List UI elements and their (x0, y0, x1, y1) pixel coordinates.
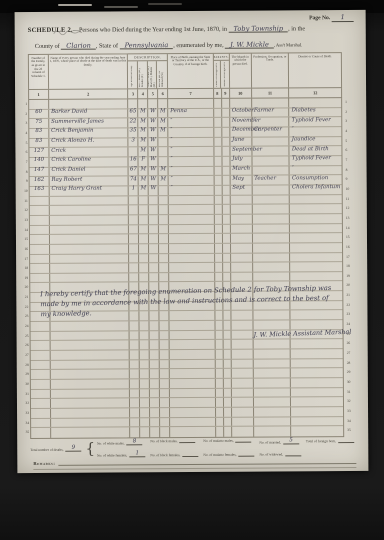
cell-birthplace: ″ (169, 157, 215, 166)
stat-value: 1 (129, 451, 145, 457)
line-number: 25 (347, 330, 355, 340)
cell-month (232, 379, 254, 388)
foreign-born-stat: Total of foreign born, (306, 438, 354, 456)
cell-occupation (253, 234, 291, 243)
line-number: 26 (347, 339, 355, 349)
cell-sex (140, 350, 150, 359)
remarks-label: Remarks: (33, 461, 55, 466)
cell-sex (140, 283, 150, 292)
cell-age (129, 225, 139, 234)
cell-sex (139, 225, 149, 234)
header-group-parents: PARENTS. Father of foreign birth. Mother… (214, 54, 230, 88)
cell-name (51, 370, 131, 379)
header-age: Age at last birth-day. (128, 61, 138, 88)
cell-sex (140, 341, 150, 350)
cell-color (150, 389, 160, 398)
cell-father (214, 128, 222, 137)
black-stats: No. of black males, No. of black females… (150, 438, 198, 456)
stat-value: 8 (126, 439, 142, 445)
table-body: 60Barker David65MWMPennaOctoberFarmerDia… (28, 98, 344, 439)
cell-family (30, 254, 50, 263)
cell-father (214, 118, 222, 127)
cell-age (130, 302, 140, 311)
schedule-title: SCHEDULE 2.—Persons who Died during the … (28, 25, 356, 34)
cell-family (30, 322, 50, 331)
cell-age (129, 215, 139, 224)
line-number: 24 (346, 320, 354, 330)
line-number: 3 (345, 117, 353, 127)
line-number: 31 (21, 390, 29, 400)
cell-color (150, 399, 160, 408)
cell-occupation (253, 330, 291, 339)
stat-label: No. of mulatto males, (203, 438, 233, 442)
line-number: 10 (346, 185, 354, 195)
cell-cause (291, 378, 343, 387)
cell-sex (139, 263, 149, 272)
cell-month: March (230, 157, 252, 166)
line-number: 5 (19, 139, 27, 149)
cell-married (160, 302, 170, 311)
cell-family: 75 (29, 110, 49, 119)
stat-value (238, 455, 254, 456)
cell-name (50, 321, 130, 330)
cell-color (150, 370, 160, 379)
cell-color (149, 205, 159, 214)
cell-father (215, 321, 223, 330)
cell-mother (223, 234, 231, 243)
cell-month: December (230, 118, 252, 127)
description-subcolumns: Age at last birth-day. Sex.—Males (M.), … (128, 61, 167, 88)
cell-father (215, 350, 223, 359)
cell-mother (224, 369, 232, 378)
summary-footer: Total number of deaths, 9 { No. of white… (30, 436, 358, 459)
column-number: 9 (222, 89, 230, 98)
cell-cause: ″ (290, 117, 342, 126)
cell-occupation (253, 388, 291, 397)
cell-month (231, 253, 253, 262)
cell-cause (291, 282, 343, 291)
cell-father (214, 108, 222, 117)
header-text: Name of every person who died during the… (49, 54, 127, 69)
cell-name (50, 264, 130, 273)
cell-age (130, 399, 140, 408)
cell-name (50, 235, 130, 244)
cell-month (232, 408, 254, 417)
cell-family: 60 (29, 100, 49, 109)
cell-sex (140, 379, 150, 388)
cell-name (50, 186, 130, 195)
cell-father (216, 379, 224, 388)
column-number: 3 (128, 89, 138, 98)
cell-color (149, 225, 159, 234)
cell-mother (223, 215, 231, 224)
line-number: 4 (345, 127, 353, 137)
cell-father (215, 331, 223, 340)
cell-family (31, 351, 51, 360)
county-state-line: County of Clarion, State of Pennsylvania… (35, 41, 356, 50)
line-number: 32 (347, 397, 355, 407)
line-number: 1 (345, 98, 353, 108)
cell-color (149, 244, 159, 253)
cell-age: 74 (129, 167, 139, 176)
cell-color (149, 283, 159, 292)
cell-age (130, 273, 140, 282)
cell-married (160, 418, 170, 427)
line-number: 9 (346, 175, 354, 185)
cell-birthplace (170, 398, 216, 407)
cell-color (150, 312, 160, 321)
stat-value (236, 441, 252, 442)
cell-name (50, 196, 130, 205)
cell-cause (291, 311, 343, 320)
cell-father (214, 176, 222, 185)
cell-married (159, 292, 169, 301)
cell-cause (290, 185, 342, 194)
cell-family (30, 274, 50, 283)
cell-cause (290, 233, 342, 242)
line-number: 8 (20, 168, 28, 178)
cell-month (231, 369, 253, 378)
cell-month (230, 205, 252, 214)
total-deaths-stat: Total number of deaths, 9 (30, 439, 81, 457)
cell-sex (140, 370, 150, 379)
cell-father (215, 244, 223, 253)
cell-family (31, 341, 51, 350)
cell-mother (222, 166, 230, 175)
cell-mother (222, 118, 230, 127)
cell-sex: F (139, 148, 149, 157)
cell-family: 140 (29, 148, 49, 157)
cell-family: 127 (29, 138, 49, 147)
line-number: 4 (19, 129, 27, 139)
cell-birthplace (170, 331, 216, 340)
cell-color (150, 418, 160, 427)
cell-mother (224, 417, 232, 426)
cell-color (150, 428, 160, 438)
header-father-foreign: Father of foreign birth. (214, 61, 222, 88)
cell-cause (290, 195, 342, 204)
cell-name: Crick Daniel (49, 157, 129, 166)
line-number: 11 (20, 197, 28, 207)
cell-married (159, 234, 169, 243)
header-sex: Sex.—Males (M.), Females (F.) (138, 61, 148, 88)
cell-age (129, 235, 139, 244)
cell-family (30, 206, 50, 215)
brace-glyph: { (85, 439, 95, 457)
cell-birthplace: ″ (169, 166, 215, 175)
cell-month (232, 388, 254, 397)
cell-occupation (253, 311, 291, 320)
line-number: 7 (345, 156, 353, 166)
cell-married (159, 225, 169, 234)
cell-father (215, 263, 223, 272)
line-number: 20 (20, 283, 28, 293)
cell-occupation (253, 369, 291, 378)
county-handwritten: Clarion (61, 43, 96, 50)
cell-sex: M (139, 157, 149, 166)
county-label: County of (35, 43, 60, 50)
cell-married (159, 196, 169, 205)
cell-mother (223, 244, 231, 253)
header-text: The Month in which the person died. (230, 54, 251, 68)
cell-married (159, 283, 169, 292)
cell-occupation (254, 407, 292, 416)
cell-occupation (252, 205, 290, 214)
cell-name: Craig Harry Grant (49, 177, 129, 186)
cell-color (149, 234, 159, 243)
cell-family: 83 (29, 129, 49, 138)
cell-sex (140, 408, 150, 417)
cell-color (150, 321, 160, 330)
cell-married (160, 331, 170, 340)
cell-married (159, 263, 169, 272)
cell-name (50, 341, 130, 350)
cell-occupation (252, 224, 290, 233)
line-number: 18 (20, 264, 28, 274)
cell-name (51, 399, 131, 408)
cell-month (231, 292, 253, 301)
cell-mother (222, 186, 230, 195)
cell-name (51, 360, 131, 369)
cell-married: M (159, 157, 169, 166)
cell-occupation (253, 349, 291, 358)
line-number: 22 (20, 303, 28, 313)
column-number: 1 (29, 90, 49, 99)
line-number: 35 (347, 426, 355, 436)
line-number: 14 (20, 226, 28, 236)
cell-month: June (230, 128, 252, 137)
cell-mother (222, 176, 230, 185)
page-number-label: Page No. (309, 15, 330, 21)
cell-sex (140, 312, 150, 321)
cell-family (31, 380, 51, 389)
cell-married (160, 360, 170, 369)
line-number: 33 (347, 407, 355, 417)
cell-occupation (253, 320, 291, 329)
line-number: 32 (21, 399, 29, 409)
cell-name: Summerville James (49, 109, 128, 118)
cell-family (30, 264, 50, 273)
column-number: 11 (252, 88, 290, 97)
cell-age (130, 418, 140, 427)
cell-month (231, 215, 253, 224)
stat-label: No. of black males, (150, 439, 177, 443)
cell-name (50, 331, 130, 340)
document-page: Page No. 1 SCHEDULE 2.—Persons who Died … (15, 10, 369, 473)
line-number: 31 (347, 388, 355, 398)
line-number: 30 (21, 380, 29, 390)
cell-mother (223, 302, 231, 311)
cell-mother (222, 137, 230, 146)
cell-sex: M (138, 119, 148, 128)
cell-age: 35 (129, 119, 139, 128)
line-number: 35 (21, 428, 29, 438)
cell-family (31, 419, 51, 428)
cell-birthplace: ″ (169, 147, 215, 156)
cell-married (160, 341, 170, 350)
cell-occupation (252, 156, 290, 165)
cell-occupation (253, 340, 291, 349)
cell-age (129, 244, 139, 253)
cell-married (159, 215, 169, 224)
cell-mother (223, 331, 231, 340)
stat-value (180, 441, 196, 442)
cell-cause (290, 262, 342, 271)
cell-father (216, 417, 224, 426)
cell-month: September (230, 137, 252, 146)
cell-occupation (253, 282, 291, 291)
cell-age (130, 350, 140, 359)
header-mother-foreign: Mother of foreign birth. (221, 61, 229, 88)
cell-occupation (252, 214, 290, 223)
cell-name: Crick Alonzo H. (49, 128, 129, 137)
cell-father (214, 157, 222, 166)
header-married-widowed: Married (M.) or Widowed (W.) (157, 61, 167, 88)
cell-age (130, 321, 140, 330)
column-number: 7 (168, 89, 214, 98)
cell-sex: M (138, 109, 148, 118)
cell-birthplace: ″ (168, 109, 214, 118)
cell-father (215, 340, 223, 349)
cell-family (31, 399, 51, 408)
cell-age: 16 (129, 148, 139, 157)
cell-father (215, 205, 223, 214)
cell-birthplace (169, 273, 215, 282)
cell-occupation (252, 195, 290, 204)
cell-age (130, 283, 140, 292)
cell-cause (291, 388, 343, 397)
state-handwritten: Pennsylvania (120, 42, 174, 49)
cell-family (30, 216, 50, 225)
cell-father (216, 398, 224, 407)
cell-family (30, 283, 50, 292)
cell-name: Crick (49, 138, 128, 147)
cell-occupation (254, 417, 292, 426)
cell-age (130, 379, 140, 388)
cell-color (150, 350, 160, 359)
line-number: 17 (20, 254, 28, 264)
cell-family (31, 428, 51, 438)
cell-cause: Jaundice (290, 127, 342, 136)
line-number: 25 (21, 332, 29, 342)
line-number: 26 (21, 341, 29, 351)
column-number: 2 (49, 89, 129, 98)
stat-label: No. of widowed, (259, 452, 283, 456)
cell-color (150, 360, 160, 369)
cell-month: Sept (230, 176, 252, 185)
cell-birthplace (169, 205, 215, 214)
cell-father (214, 186, 222, 195)
cell-occupation: Teacher (252, 166, 290, 175)
cell-color (149, 254, 159, 263)
cell-sex (140, 331, 150, 340)
line-number: 5 (345, 137, 353, 147)
cell-father (215, 302, 223, 311)
stat-label: Total number of deaths, (30, 447, 63, 451)
page-number: Page No. 1 (309, 13, 354, 22)
column-number: 5 (148, 89, 158, 98)
line-number: 15 (346, 233, 354, 243)
cell-married (159, 176, 169, 185)
cell-color (149, 263, 159, 272)
line-number: 29 (21, 370, 29, 380)
line-number: 21 (346, 291, 354, 301)
title-suffix: , in the (288, 25, 305, 32)
line-number: 9 (20, 177, 28, 187)
cell-sex: M (138, 99, 148, 108)
cell-birthplace (169, 224, 215, 233)
cell-family (30, 245, 50, 254)
cell-married (159, 205, 169, 214)
cell-month: November (230, 108, 252, 117)
cell-month (232, 427, 254, 437)
remarks-blank-line-2 (33, 467, 356, 470)
cell-sex (140, 292, 150, 301)
cell-birthplace (169, 292, 215, 301)
cell-age: 65 (128, 99, 138, 108)
cell-mother (224, 427, 232, 437)
cell-age (130, 331, 140, 340)
cell-married (160, 427, 170, 437)
cell-occupation: Carpenter (252, 118, 290, 127)
cell-married (159, 244, 169, 253)
cell-cause: Dead at Birth (290, 137, 342, 146)
cell-occupation (253, 253, 291, 262)
line-number: 6 (345, 146, 353, 156)
line-number: 34 (347, 417, 355, 427)
cell-sex (139, 215, 149, 224)
cell-sex: M (139, 167, 149, 176)
cell-color: W (149, 176, 159, 185)
cell-cause (290, 214, 342, 223)
header-occupation: Profession, Occupation, or Trade. (252, 53, 290, 87)
film-background: Page No. 1 SCHEDULE 2.—Persons who Died … (0, 0, 384, 540)
line-number: 2 (345, 108, 353, 118)
cell-age (129, 254, 139, 263)
cell-family: 147 (29, 158, 49, 167)
marshal-label: , Ass't Marshal. (274, 42, 302, 47)
column-number: 10 (230, 89, 252, 98)
line-number: 30 (347, 378, 355, 388)
cell-name: Crick Benjamin (49, 119, 128, 128)
cell-cause (291, 407, 343, 416)
cell-family (30, 293, 50, 302)
cell-occupation (252, 137, 290, 146)
cell-age (130, 292, 140, 301)
cell-cause (290, 243, 342, 252)
cell-mother (222, 99, 230, 108)
cell-family (30, 187, 50, 196)
cell-age (130, 341, 140, 350)
cell-name (50, 283, 130, 292)
cell-month (231, 224, 253, 233)
column-number: 8 (214, 89, 222, 98)
cell-cause (291, 301, 343, 310)
cell-birthplace (170, 350, 216, 359)
film-scratch (58, 4, 92, 6)
cell-father (215, 234, 223, 243)
line-number: 18 (346, 262, 354, 272)
stat-label: No. of married, (259, 440, 281, 444)
cell-month (231, 350, 253, 359)
cell-sex (140, 428, 150, 438)
line-number: 23 (20, 312, 28, 322)
cell-birthplace (169, 195, 215, 204)
header-name: Name of every person who died during the… (49, 54, 129, 88)
line-number: 28 (21, 361, 29, 371)
cell-age (130, 360, 140, 369)
cell-month (232, 417, 254, 426)
